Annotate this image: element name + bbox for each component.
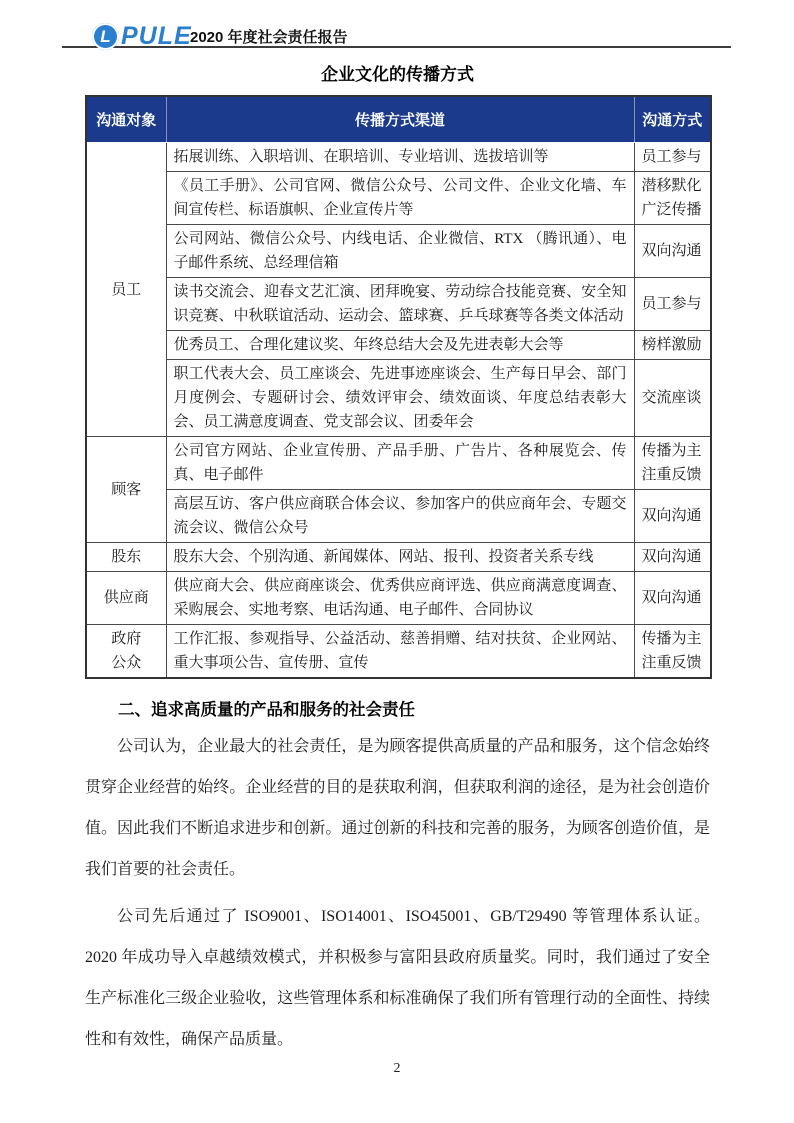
cell-line: 股东	[94, 545, 159, 569]
cell-line: 广泛传播	[642, 198, 704, 222]
channel-cell: 公司网站、微信公众号、内线电话、企业微信、RTX （腾讯通）、电子邮件系统、总经…	[166, 225, 634, 278]
channel-cell: 工作汇报、参观指导、公益活动、慈善捐赠、结对扶贫、企业网站、重大事项公告、宣传册…	[166, 625, 634, 679]
channel-cell: 高层互访、客户供应商联合体会议、参加客户的供应商年会、专题交流会议、微信公众号	[166, 490, 634, 543]
channel-cell: 优秀员工、合理化建议奖、年终总结大会及先进表彰大会等	[166, 331, 634, 360]
cell-line: 顾客	[94, 478, 159, 502]
page-number: 2	[0, 1061, 794, 1077]
method-cell: 双向沟通	[634, 572, 711, 625]
column-header-method: 沟通方式	[634, 96, 711, 143]
logo-mark-letter: L	[100, 27, 110, 47]
cell-line: 榜样激励	[642, 333, 704, 357]
cell-line: 双向沟通	[642, 586, 704, 610]
cell-line: 员工参与	[642, 145, 704, 169]
table-header-row: 沟通对象 传播方式渠道 沟通方式	[86, 96, 711, 143]
cell-line: 双向沟通	[642, 545, 704, 569]
method-cell: 员工参与	[634, 278, 711, 331]
cell-line: 双向沟通	[642, 504, 704, 528]
table-row: 供应商供应商大会、供应商座谈会、优秀供应商评选、供应商满意度调查、采购展会、实地…	[86, 572, 711, 625]
method-cell: 传播为主注重反馈	[634, 625, 711, 679]
cell-line: 潜移默化	[642, 174, 704, 198]
report-title: 2020 年度社会责任报告	[190, 26, 348, 47]
table-row: 顾客公司官方网站、企业宣传册、产品手册、广告片、各种展览会、传真、电子邮件传播为…	[86, 437, 711, 490]
logo-wordmark: PULE	[121, 22, 192, 51]
table-row: 职工代表大会、员工座谈会、先进事迹座谈会、生产每日早会、部门月度例会、专题研讨会…	[86, 360, 711, 437]
column-header-target: 沟通对象	[86, 96, 166, 143]
channel-cell: 股东大会、个别沟通、新闻媒体、网站、报刊、投资者关系专线	[166, 543, 634, 572]
method-cell: 双向沟通	[634, 543, 711, 572]
cell-line: 供应商	[94, 586, 159, 610]
cell-line: 双向沟通	[642, 239, 704, 263]
stakeholder-cell: 员工	[86, 143, 166, 437]
table-row: 读书交流会、迎春文艺汇演、团拜晚宴、劳动综合技能竞赛、安全知识竞赛、中秋联谊活动…	[86, 278, 711, 331]
stakeholder-cell: 供应商	[86, 572, 166, 625]
table-row: 公司网站、微信公众号、内线电话、企业微信、RTX （腾讯通）、电子邮件系统、总经…	[86, 225, 711, 278]
cell-line: 政府	[94, 627, 159, 651]
stakeholder-cell: 顾客	[86, 437, 166, 543]
document-page: L PULE 2020 年度社会责任报告 企业文化的传播方式 沟通对象 传播方式…	[0, 0, 794, 1123]
body-paragraph: 公司认为，企业最大的社会责任，是为顾客提供高质量的产品和服务，这个信念始终贯穿企…	[85, 726, 710, 890]
stakeholder-cell: 政府公众	[86, 625, 166, 679]
stakeholder-cell: 股东	[86, 543, 166, 572]
method-cell: 潜移默化广泛传播	[634, 172, 711, 225]
method-cell: 榜样激励	[634, 331, 711, 360]
cell-line: 交流座谈	[642, 386, 704, 410]
table-row: 政府公众工作汇报、参观指导、公益活动、慈善捐赠、结对扶贫、企业网站、重大事项公告…	[86, 625, 711, 679]
method-cell: 交流座谈	[634, 360, 711, 437]
method-cell: 员工参与	[634, 143, 711, 172]
cell-line: 传播为主	[642, 627, 704, 651]
method-cell: 双向沟通	[634, 225, 711, 278]
method-cell: 传播为主注重反馈	[634, 437, 711, 490]
channel-cell: 公司官方网站、企业宣传册、产品手册、广告片、各种展览会、传真、电子邮件	[166, 437, 634, 490]
table-row: 优秀员工、合理化建议奖、年终总结大会及先进表彰大会等榜样激励	[86, 331, 711, 360]
table-row: 《员工手册》、公司官网、微信公众号、公司文件、企业文化墙、车间宣传栏、标语旗帜、…	[86, 172, 711, 225]
channel-cell: 供应商大会、供应商座谈会、优秀供应商评选、供应商满意度调查、采购展会、实地考察、…	[166, 572, 634, 625]
table-row: 股东股东大会、个别沟通、新闻媒体、网站、报刊、投资者关系专线双向沟通	[86, 543, 711, 572]
method-cell: 双向沟通	[634, 490, 711, 543]
channel-cell: 读书交流会、迎春文艺汇演、团拜晚宴、劳动综合技能竞赛、安全知识竞赛、中秋联谊活动…	[166, 278, 634, 331]
section-heading: 二、追求高质量的产品和服务的社会责任	[118, 696, 710, 720]
communication-table: 沟通对象 传播方式渠道 沟通方式 员工拓展训练、入职培训、在职培训、专业培训、选…	[85, 95, 712, 679]
cell-line: 注重反馈	[642, 463, 704, 487]
cell-line: 传播为主	[642, 439, 704, 463]
table-row: 高层互访、客户供应商联合体会议、参加客户的供应商年会、专题交流会议、微信公众号双…	[86, 490, 711, 543]
cell-line: 注重反馈	[642, 651, 704, 675]
company-logo: L PULE	[92, 22, 192, 51]
channel-cell: 《员工手册》、公司官网、微信公众号、公司文件、企业文化墙、车间宣传栏、标语旗帜、…	[166, 172, 634, 225]
table-row: 员工拓展训练、入职培训、在职培训、专业培训、选拔培训等员工参与	[86, 143, 711, 172]
column-header-channel: 传播方式渠道	[166, 96, 634, 143]
channel-cell: 职工代表大会、员工座谈会、先进事迹座谈会、生产每日早会、部门月度例会、专题研讨会…	[166, 360, 634, 437]
body-paragraph: 公司先后通过了 ISO9001、ISO14001、ISO45001、GB/T29…	[85, 896, 710, 1060]
cell-line: 员工	[94, 278, 159, 302]
cell-line: 员工参与	[642, 292, 704, 316]
channel-cell: 拓展训练、入职培训、在职培训、专业培训、选拔培训等	[166, 143, 634, 172]
cell-line: 公众	[94, 651, 159, 675]
logo-icon: L	[92, 23, 119, 50]
